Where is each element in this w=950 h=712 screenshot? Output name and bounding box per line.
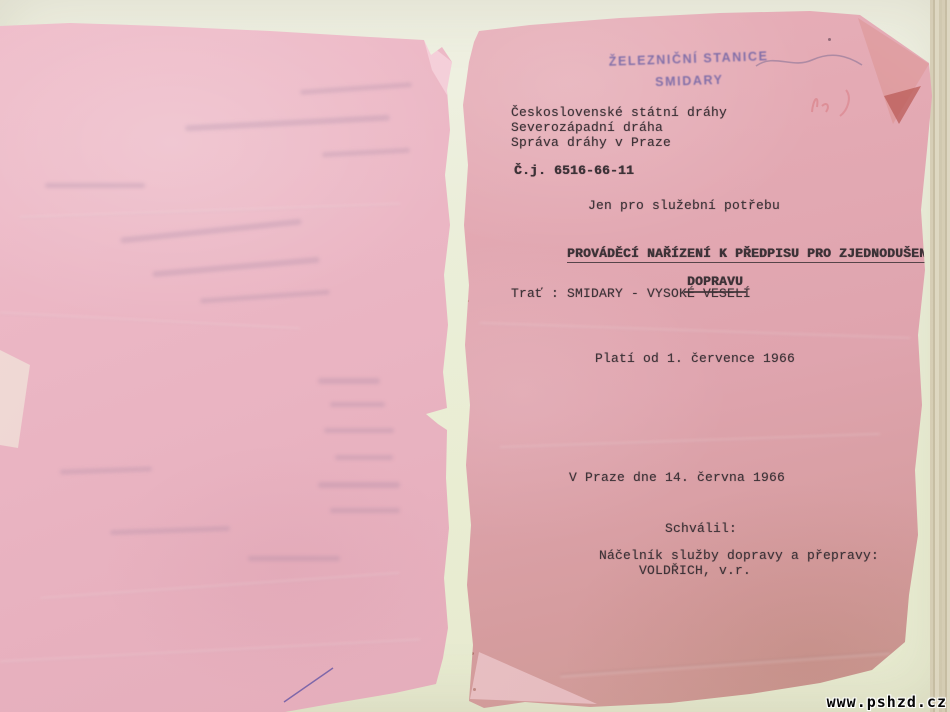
ghost-text-line [330,402,385,407]
document-photo: ŽELEZNIČNÍ STANICE SMIDARY Československ… [0,0,950,712]
approved-label: Schválil: [665,521,737,536]
document-title-line1: PROVÁDĚCÍ NAŘÍZENÍ K PŘEDPISU PRO ZJEDNO… [567,246,943,263]
ghost-text-line [324,428,394,433]
letterhead-line-3: Správa dráhy v Praze [511,135,671,150]
ghost-text-line [60,466,152,474]
watermark-url: www.pshzd.cz [827,693,947,711]
ghost-text-line [110,526,230,535]
ghost-text-line [330,508,400,513]
letterhead-line-1: Československé státní dráhy [511,105,727,120]
ghost-text-line [152,257,320,278]
route-line: Trať : SMIDARY - VYSOKÉ VESELÍ [511,286,751,301]
validity-line: Platí od 1. července 1966 [595,351,795,366]
ghost-text-line [45,183,145,188]
ghost-text-line [248,556,340,561]
station-stamp: ŽELEZNIČNÍ STANICE SMIDARY [603,45,774,95]
ghost-text-line [318,482,400,488]
ghost-text-line [300,82,412,95]
place-date-line: V Praze dne 14. června 1966 [569,470,785,485]
ghost-text-line [200,289,330,303]
letterhead-line-2: Severozápadní dráha [511,120,663,135]
approver-name: VOLDŘICH, v.r. [639,563,751,578]
ghost-text-line [318,378,380,384]
reference-number: Č.j. 6516-66-11 [514,163,634,178]
purpose-note: Jen pro služební potřebu [588,198,780,213]
ghost-text-line [335,455,393,460]
ghost-text-line [120,219,302,244]
ghost-text-line [185,115,390,132]
approver-title: Náčelník služby dopravy a přepravy: [599,548,879,563]
ghost-text-line [322,148,410,158]
table-surface-edge [930,0,950,712]
